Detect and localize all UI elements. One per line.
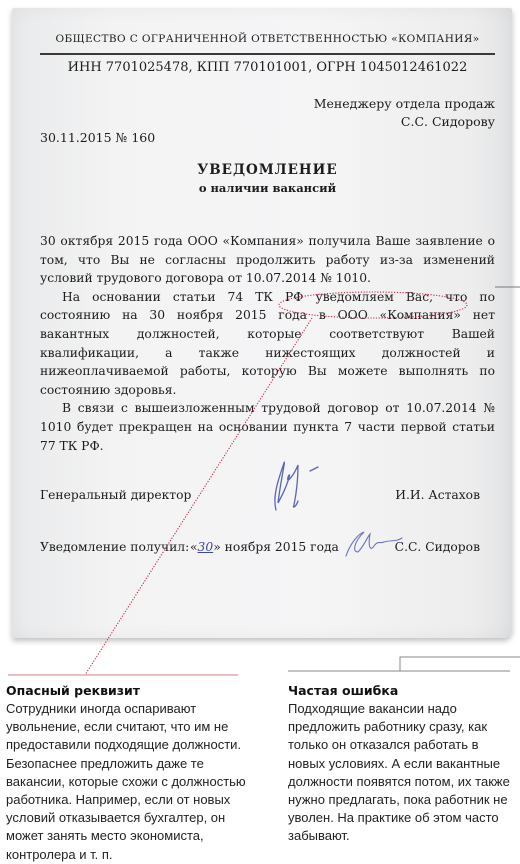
paragraph-2-start: На основании статьи 74 ТК РФ уведомляем … (40, 290, 495, 323)
addressee-name: С.С. Сидорову (314, 113, 495, 131)
note-common-mistake: Частая ошибка Подходящие вакансии надо п… (288, 683, 513, 846)
receipt-day: 30 (198, 540, 214, 554)
company-header: ОБЩЕСТВО С ОГРАНИЧЕННОЙ ОТВЕТСТВЕННОСТЬЮ… (40, 33, 495, 45)
receipt-label: Уведомление получил: (40, 540, 189, 554)
note-right-title: Частая ошибка (288, 683, 513, 698)
receipt-date-rest: » ноября 2015 года (213, 540, 339, 554)
receipt-date-open: « (190, 540, 198, 554)
director-name: И.И. Астахов (395, 488, 480, 502)
director-position: Генеральный директор (40, 488, 191, 502)
document-date-number: 30.11.2015 № 160 (40, 130, 155, 145)
note-dangerous-field: Опасный реквизит Сотрудники иногда оспар… (6, 683, 246, 864)
document-title: УВЕДОМЛЕНИЕ (40, 162, 495, 178)
employee-signature-icon (340, 522, 420, 562)
document-subtitle: о наличии вакансий (40, 181, 495, 195)
receipt-date: «30» ноября 2015 года (190, 540, 339, 554)
document-body: 30 октября 2015 года ООО «Компания» полу… (40, 232, 495, 455)
note-left-text: Сотрудники иногда оспаривают увольнение,… (6, 700, 246, 864)
header-divider (40, 53, 495, 55)
addressee-block: Менеджеру отдела продаж С.С. Сидорову (314, 95, 495, 131)
paragraph-3: В связи с вышеизложенным трудовой догово… (40, 399, 495, 455)
note-right-text: Подходящие вакансии надо предложить рабо… (288, 700, 513, 846)
addressee-position: Менеджеру отдела продаж (314, 95, 495, 113)
company-requisites: ИНН 7701025478, КПП 770101001, ОГРН 1045… (40, 60, 495, 75)
note-left-title: Опасный реквизит (6, 683, 246, 698)
notice-document: ОБЩЕСТВО С ОГРАНИЧЕННОЙ ОТВЕТСТВЕННОСТЬЮ… (0, 0, 520, 640)
right-note-connector (288, 657, 520, 671)
paragraph-1: 30 октября 2015 года ООО «Компания» полу… (40, 232, 495, 288)
director-signature-icon (258, 455, 338, 515)
paragraph-2: На основании статьи 74 ТК РФ уведомляем … (40, 288, 495, 400)
